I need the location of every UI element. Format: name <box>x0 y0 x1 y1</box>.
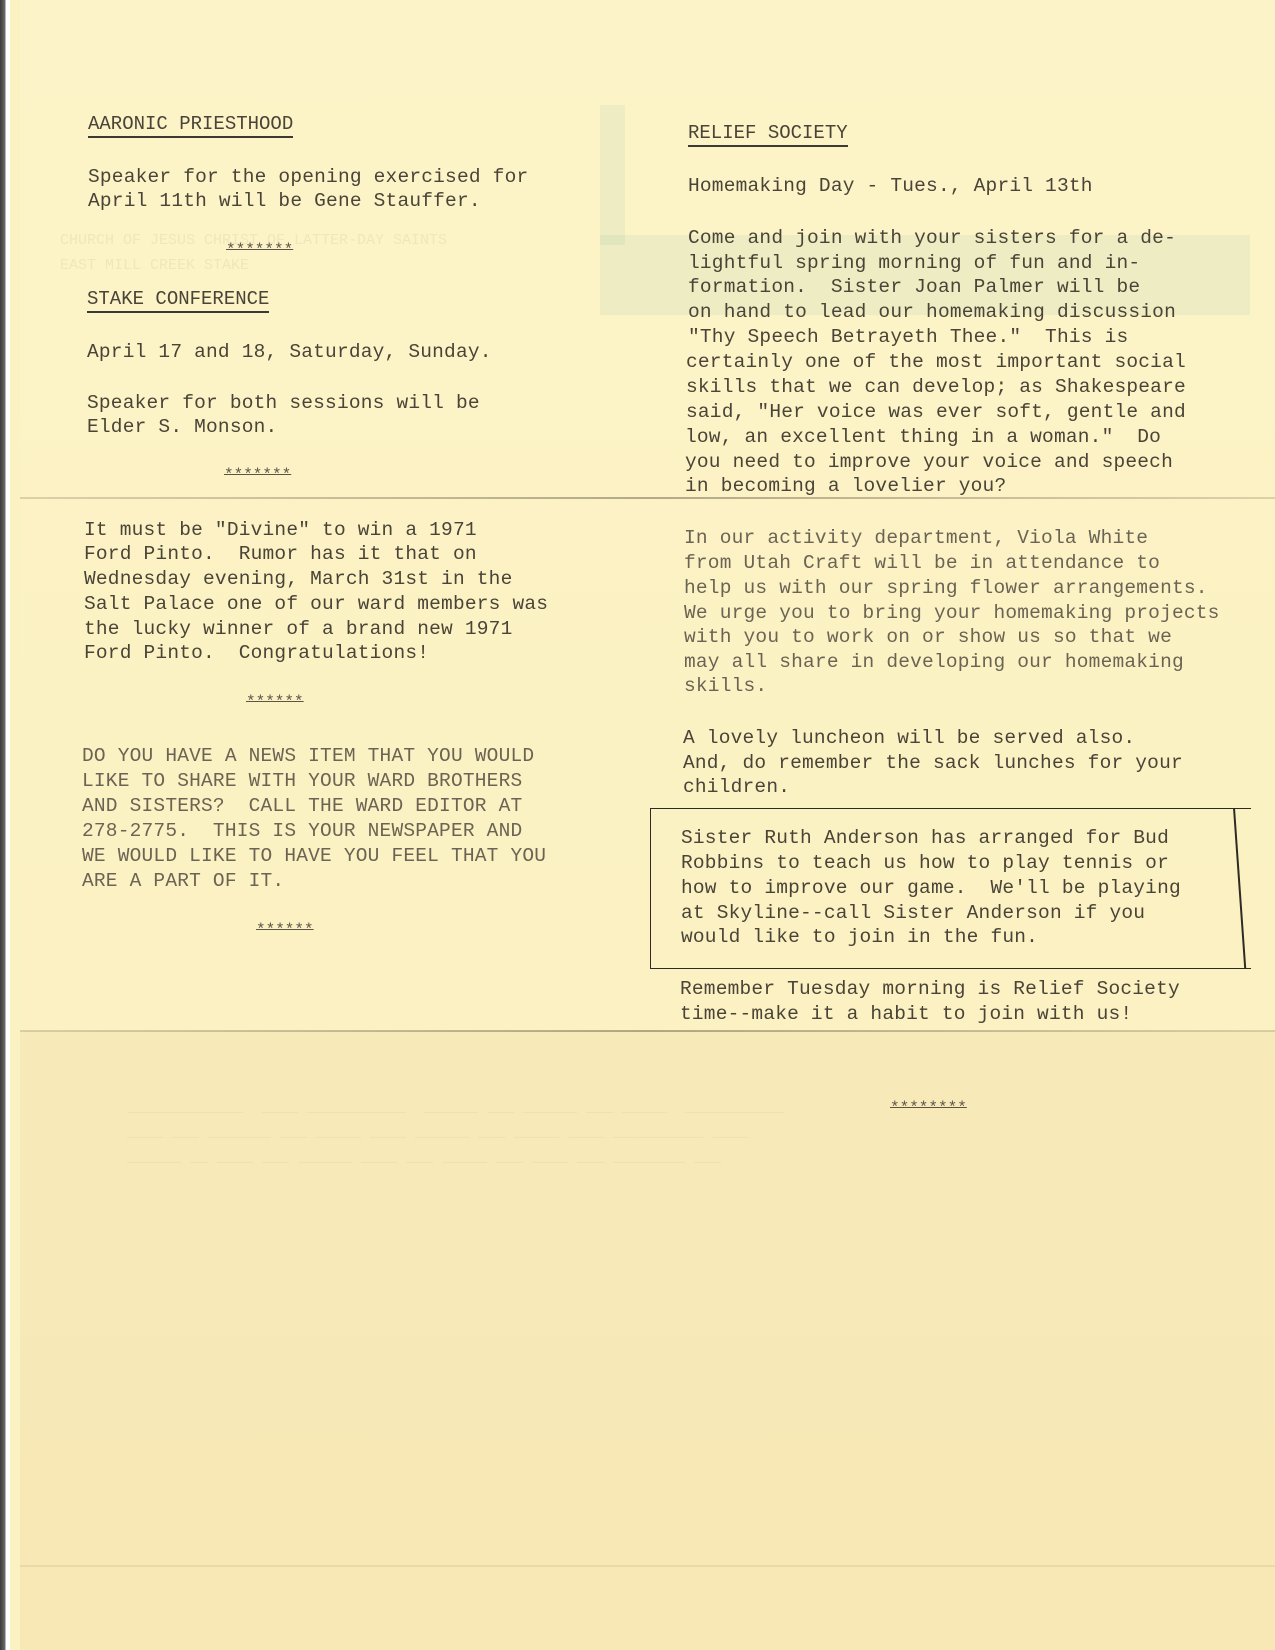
page-fold-bottom <box>20 1565 1275 1567</box>
news-line-5: WE WOULD LIKE TO HAVE YOU FEEL THAT YOU <box>82 844 546 869</box>
scanner-edge <box>0 0 10 1650</box>
tennis-line: Sister Ruth Anderson has arranged for Bu… <box>681 826 1169 851</box>
activity-line: with you to work on or show us so that w… <box>684 625 1172 650</box>
homemaking-day: Homemaking Day - Tues., April 13th <box>688 174 1093 199</box>
intro-line: said, "Her voice was ever soft, gentle a… <box>686 400 1186 425</box>
luncheon-line: And, do remember the sack lunches for yo… <box>683 751 1183 776</box>
news-line-6: ARE A PART OF IT. <box>82 869 284 894</box>
activity-line: We urge you to bring your homemaking pro… <box>684 601 1220 626</box>
pinto-line-6: Ford Pinto. Congratulations! <box>84 641 429 666</box>
separator-stars: ******* <box>224 466 291 484</box>
stake-conference-heading: STAKE CONFERENCE <box>87 288 269 313</box>
aaronic-line-2: April 11th will be Gene Stauffer. <box>88 189 481 214</box>
stake-speaker-line-2: Elder S. Monson. <box>87 415 277 440</box>
intro-line: on hand to lead our homemaking discussio… <box>688 300 1176 325</box>
pinto-line-3: Wednesday evening, March 31st in the <box>84 567 512 592</box>
intro-line: low, an excellent thing in a woman." Do <box>685 425 1161 450</box>
news-line-2: LIKE TO SHARE WITH YOUR WARD BROTHERS <box>82 769 522 794</box>
separator-stars: ******* <box>226 241 293 259</box>
intro-line: Come and join with your sisters for a de… <box>688 226 1176 251</box>
tennis-line: at Skyline--call Sister Anderson if you <box>681 901 1145 926</box>
stake-conference-dates: April 17 and 18, Saturday, Sunday. <box>87 340 492 365</box>
pinto-line-1: It must be "Divine" to win a 1971 <box>84 518 477 543</box>
pinto-line-2: Ford Pinto. Rumor has it that on <box>84 542 477 567</box>
news-line-1: DO YOU HAVE A NEWS ITEM THAT YOU WOULD <box>82 744 534 769</box>
luncheon-line: A lovely luncheon will be served also. <box>683 726 1135 751</box>
stake-speaker-line-1: Speaker for both sessions will be <box>87 391 480 416</box>
reminder-line: Remember Tuesday morning is Relief Socie… <box>680 977 1180 1002</box>
separator-stars: ******** <box>890 1099 967 1117</box>
news-line-4: 278-2775. THIS IS YOUR NEWSPAPER AND <box>82 819 522 844</box>
intro-line: in becoming a lovelier you? <box>685 474 1006 499</box>
page-fold-lower <box>20 1030 1275 1032</box>
aaronic-priesthood-heading: AARONIC PRIESTHOOD <box>88 113 293 138</box>
intro-line: lightful spring morning of fun and in- <box>688 251 1140 276</box>
activity-line: from Utah Craft will be in attendance to <box>684 551 1160 576</box>
activity-line: may all share in developing our homemaki… <box>684 650 1184 675</box>
news-line-3: AND SISTERS? CALL THE WARD EDITOR AT <box>82 794 522 819</box>
page-fold-upper <box>20 497 1275 499</box>
activity-line: In our activity department, Viola White <box>684 526 1148 551</box>
tennis-line: would like to join in the fun. <box>681 925 1038 950</box>
pinto-line-5: the lucky winner of a brand new 1971 <box>84 617 512 642</box>
separator-stars: ****** <box>246 693 304 711</box>
tennis-line: Robbins to teach us how to play tennis o… <box>681 851 1169 876</box>
activity-line: help us with our spring flower arrangeme… <box>684 576 1208 601</box>
relief-society-heading: RELIEF SOCIETY <box>688 122 848 147</box>
reminder-line: time--make it a habit to join with us! <box>680 1002 1132 1027</box>
tennis-line: how to improve our game. We'll be playin… <box>681 876 1181 901</box>
intro-line: certainly one of the most important soci… <box>686 350 1186 375</box>
pinto-line-4: Salt Palace one of our ward members was <box>84 592 548 617</box>
intro-line: "Thy Speech Betrayeth Thee." This is <box>688 325 1128 350</box>
aaronic-line-1: Speaker for the opening exercised for <box>88 165 528 190</box>
activity-line: skills. <box>684 674 767 699</box>
luncheon-line: children. <box>683 775 790 800</box>
intro-line: you need to improve your voice and speec… <box>685 450 1173 475</box>
intro-line: formation. Sister Joan Palmer will be <box>688 275 1140 300</box>
separator-stars: ****** <box>256 921 314 939</box>
lower-panel-tint <box>20 1031 1275 1650</box>
intro-line: skills that we can develop; as Shakespea… <box>686 375 1186 400</box>
